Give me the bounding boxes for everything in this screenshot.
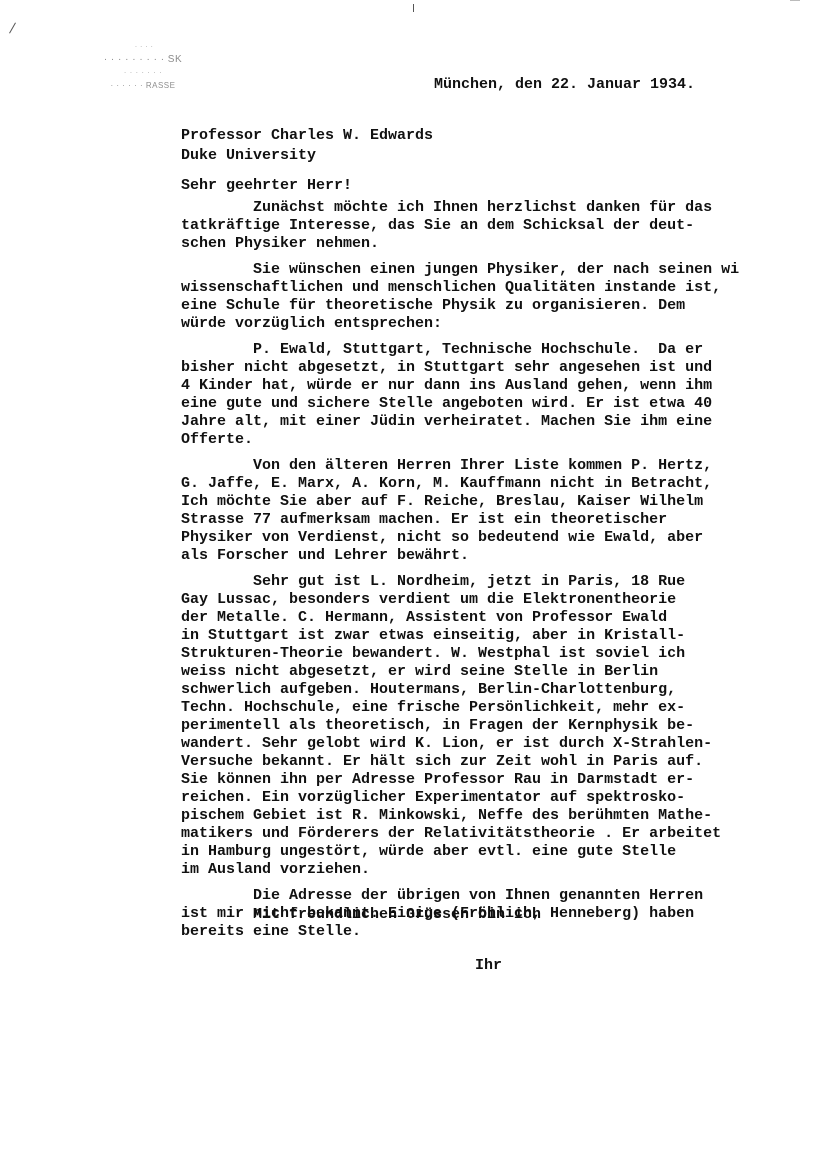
text-line: Versuche bekannt. Er hält sich zur Zeit … [181, 753, 821, 771]
text-line: weiss nicht abgesetzt, er wird seine Ste… [181, 663, 821, 681]
text-line: eine gute und sichere Stelle angeboten w… [181, 395, 821, 413]
text-line: in Stuttgart ist zwar etwas einseitig, a… [181, 627, 821, 645]
text-line: Sie können ihn per Adresse Professor Rau… [181, 771, 821, 789]
text-line: Sehr gut ist L. Nordheim, jetzt in Paris… [181, 573, 821, 591]
text-line: als Forscher und Lehrer bewährt. [181, 547, 821, 565]
text-line: im Ausland vorziehen. [181, 861, 821, 879]
letterhead-line: · · · · · · · · · SK [48, 53, 238, 66]
text-line: Strasse 77 aufmerksam machen. Er ist ein… [181, 511, 821, 529]
scan-speck [413, 4, 414, 12]
letterhead-line: · · · · · · RASSE [48, 79, 238, 92]
paragraph: Zunächst möchte ich Ihnen herzlichst dan… [181, 199, 821, 253]
text-line: pischem Gebiet ist R. Minkowski, Neffe d… [181, 807, 821, 825]
letter-page: · · · · · · · · · · · · · SK · · · · · ·… [0, 0, 840, 1169]
text-line: Sie wünschen einen jungen Physiker, der … [181, 261, 821, 279]
text-line: Ich möchte Sie aber auf F. Reiche, Bresl… [181, 493, 821, 511]
text-line: wandert. Sehr gelobt wird K. Lion, er is… [181, 735, 821, 753]
paragraph: Von den älteren Herren Ihrer Liste komme… [181, 457, 821, 565]
text-line: der Metalle. C. Hermann, Assistent von P… [181, 609, 821, 627]
paragraph: Sie wünschen einen jungen Physiker, der … [181, 261, 821, 333]
text-line: schen Physiker nehmen. [181, 235, 821, 253]
signoff: Ihr [475, 957, 502, 974]
text-line: Physiker von Verdienst, nicht so bedeute… [181, 529, 821, 547]
text-line: Gay Lussac, besonders verdient um die El… [181, 591, 821, 609]
scan-speck [790, 0, 800, 1]
text-line: würde vorzüglich entsprechen: [181, 315, 821, 333]
text-line: Strukturen-Theorie bewandert. W. Westpha… [181, 645, 821, 663]
letter-body: Zunächst möchte ich Ihnen herzlichst dan… [181, 199, 821, 949]
paragraph: P. Ewald, Stuttgart, Technische Hochschu… [181, 341, 821, 449]
paragraph: Sehr gut ist L. Nordheim, jetzt in Paris… [181, 573, 821, 879]
scan-speck [9, 23, 16, 34]
text-line: Zunächst möchte ich Ihnen herzlichst dan… [181, 199, 821, 217]
text-line: Die Adresse der übrigen von Ihnen genann… [181, 887, 821, 905]
text-line: G. Jaffe, E. Marx, A. Korn, M. Kauffmann… [181, 475, 821, 493]
letterhead: · · · · · · · · · · · · · SK · · · · · ·… [48, 40, 238, 92]
dateline: München, den 22. Januar 1934. [434, 76, 695, 93]
text-line: 4 Kinder hat, würde er nur dann ins Ausl… [181, 377, 821, 395]
closing-line: Mit freundlichen Grüssen bin ich [181, 906, 541, 923]
text-line: perimentell als theoretisch, in Fragen d… [181, 717, 821, 735]
letterhead-line: · · · · · · · [48, 66, 238, 79]
text-line: reichen. Ein vorzüglicher Experimentator… [181, 789, 821, 807]
text-line: Offerte. [181, 431, 821, 449]
text-line: schwerlich aufgeben. Houtermans, Berlin-… [181, 681, 821, 699]
salutation: Sehr geehrter Herr! [181, 177, 352, 194]
text-line: eine Schule für theoretische Physik zu o… [181, 297, 821, 315]
addressee-block: Professor Charles W. Edwards Duke Univer… [181, 126, 433, 166]
addressee-institution: Duke University [181, 146, 433, 166]
text-line: tatkräftige Interesse, das Sie an dem Sc… [181, 217, 821, 235]
text-line: bisher nicht abgesetzt, in Stuttgart seh… [181, 359, 821, 377]
text-line: Jahre alt, mit einer Jüdin verheiratet. … [181, 413, 821, 431]
text-line: Von den älteren Herren Ihrer Liste komme… [181, 457, 821, 475]
letterhead-line: · · · · [48, 40, 238, 53]
text-line: Techn. Hochschule, eine frische Persönli… [181, 699, 821, 717]
text-line: in Hamburg ungestört, würde aber evtl. e… [181, 843, 821, 861]
text-line: P. Ewald, Stuttgart, Technische Hochschu… [181, 341, 821, 359]
text-line: wissenschaftlichen und menschlichen Qual… [181, 279, 821, 297]
text-line: matikers und Förderers der Relativitätst… [181, 825, 821, 843]
addressee-name: Professor Charles W. Edwards [181, 126, 433, 146]
text-line: bereits eine Stelle. [181, 923, 821, 941]
